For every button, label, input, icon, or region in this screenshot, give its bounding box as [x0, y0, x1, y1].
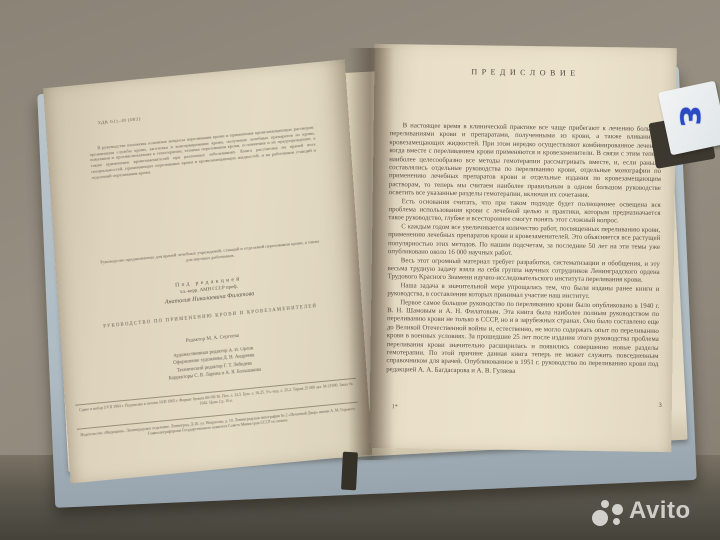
preface-paragraph: Весь этот огромный материал требует разр…	[388, 257, 660, 286]
avito-wordmark: Avito	[629, 497, 691, 525]
bookmark-ribbon	[341, 452, 358, 491]
book-gutter-shadow	[348, 48, 394, 460]
note-paragraph: Руководство предназначено для врачей леч…	[97, 238, 323, 271]
preface-body: В настоящее время в клинической практике…	[386, 122, 661, 378]
preface-paragraph: В настоящее время в клинической практике…	[389, 122, 662, 201]
udk-line: УДК 615.38 (083)	[97, 117, 140, 126]
avito-logo-icon	[612, 504, 623, 515]
handwritten-blue-mark: Ɛ	[673, 105, 705, 128]
avito-logo-icon	[601, 500, 609, 508]
left-page: УДК 615.38 (083) В руководстве изложены …	[43, 59, 372, 483]
right-page: ПРЕДИСЛОВИЕ В настоящее время в клиничес…	[369, 44, 677, 452]
preface-paragraph: Есть основания считать, что при таком по…	[388, 198, 660, 227]
avito-watermark: Avito	[592, 497, 714, 535]
preface-paragraph: С каждым годом все увеличивается количес…	[388, 223, 660, 260]
preface-heading: ПРЕДИСЛОВИЕ	[374, 66, 676, 79]
avito-logo-icon	[592, 510, 608, 526]
page-number: 3	[659, 402, 662, 409]
preface-paragraph: Первое самое большое руководство по пере…	[386, 299, 659, 378]
annotation-paragraph: В руководстве изложены основные вопросы …	[89, 125, 316, 181]
photo-scene: УДК 615.38 (083) В руководстве изложены …	[0, 0, 720, 540]
avito-logo-icon	[613, 518, 620, 525]
